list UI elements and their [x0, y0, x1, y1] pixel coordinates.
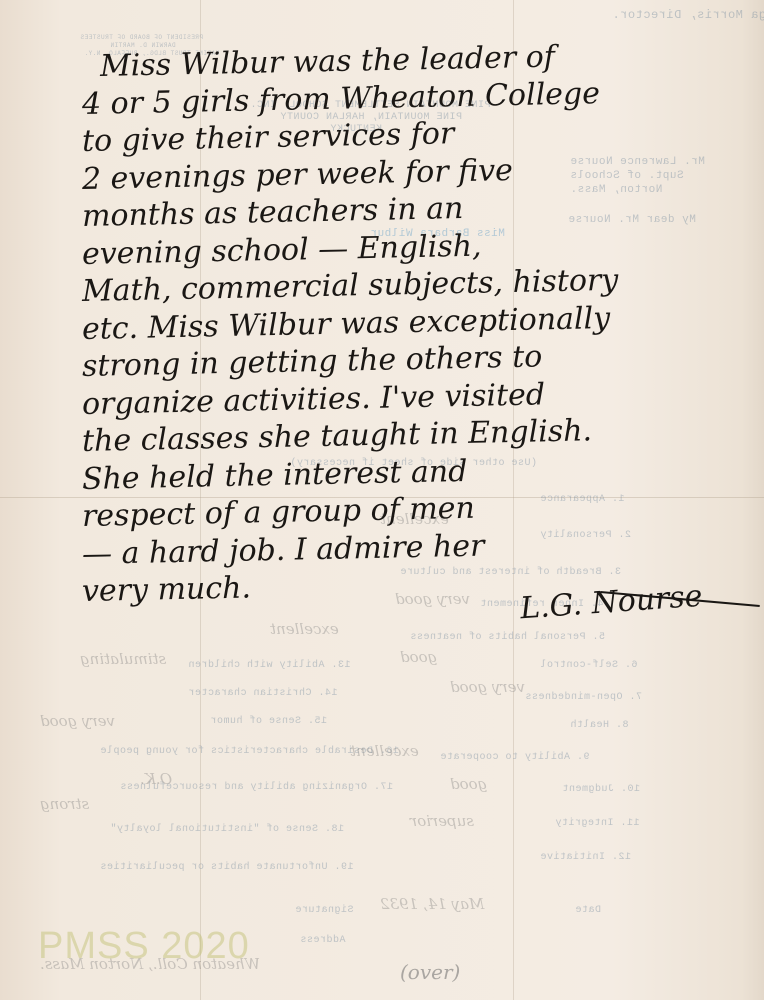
- bleed-director: Olga Morris, Director.: [612, 8, 764, 22]
- bleed-answer: good: [400, 648, 437, 666]
- bleed-answer: very good: [40, 712, 115, 730]
- bleed-field-date: Date: [575, 905, 601, 916]
- bleed-answer: excellent: [350, 742, 419, 760]
- bleed-item: 10. Judgment: [562, 784, 640, 795]
- bleed-board-1: PRESIDENT OF BOARD OF TRUSTEES: [80, 34, 203, 41]
- scanned-document-page: Olga Morris, Director. PRESIDENT OF BOAR…: [0, 0, 764, 1000]
- bleed-answer: superior: [410, 812, 474, 830]
- bleed-date-value: May 14, 1932: [380, 895, 484, 913]
- bleed-item: 15. Sense of humor: [210, 716, 327, 727]
- bleed-item: 6. Self-control: [540, 660, 638, 671]
- bleed-item: 13. Ability with children: [188, 660, 351, 671]
- bleed-answer: very good: [450, 678, 525, 696]
- bleed-answer: O.K.: [140, 770, 172, 788]
- bleed-item: 9. Ability to cooperate: [440, 752, 590, 763]
- bleed-answer: strong: [40, 795, 89, 813]
- bleed-item: 18. Sense of "institutional loyalty": [110, 824, 344, 835]
- bleed-item: 5. Personal habits of neatness: [410, 632, 605, 643]
- bleed-answer: stimulating: [80, 650, 166, 668]
- bleed-item: 12. Initiative: [540, 852, 631, 863]
- bleed-item: 7. Open-mindedness: [525, 692, 642, 703]
- archive-stamp: PMSS 2020: [38, 925, 250, 968]
- bleed-answer: good: [450, 775, 487, 793]
- bleed-field-signature: Signature: [295, 905, 354, 916]
- bleed-item: 19. Unfortunate habits or peculiarities: [100, 862, 354, 873]
- bleed-answer: excellent: [270, 620, 339, 638]
- bleed-field-address: Address: [300, 935, 346, 946]
- handwritten-text: Miss Wilbur was the leader of 4 or 5 gir…: [82, 48, 752, 611]
- bleed-item: 14. Christian character: [188, 688, 338, 699]
- bleed-item: 11. Integrity: [555, 818, 640, 829]
- over-note: (over): [400, 960, 460, 984]
- bleed-item: 8. Health: [570, 720, 629, 731]
